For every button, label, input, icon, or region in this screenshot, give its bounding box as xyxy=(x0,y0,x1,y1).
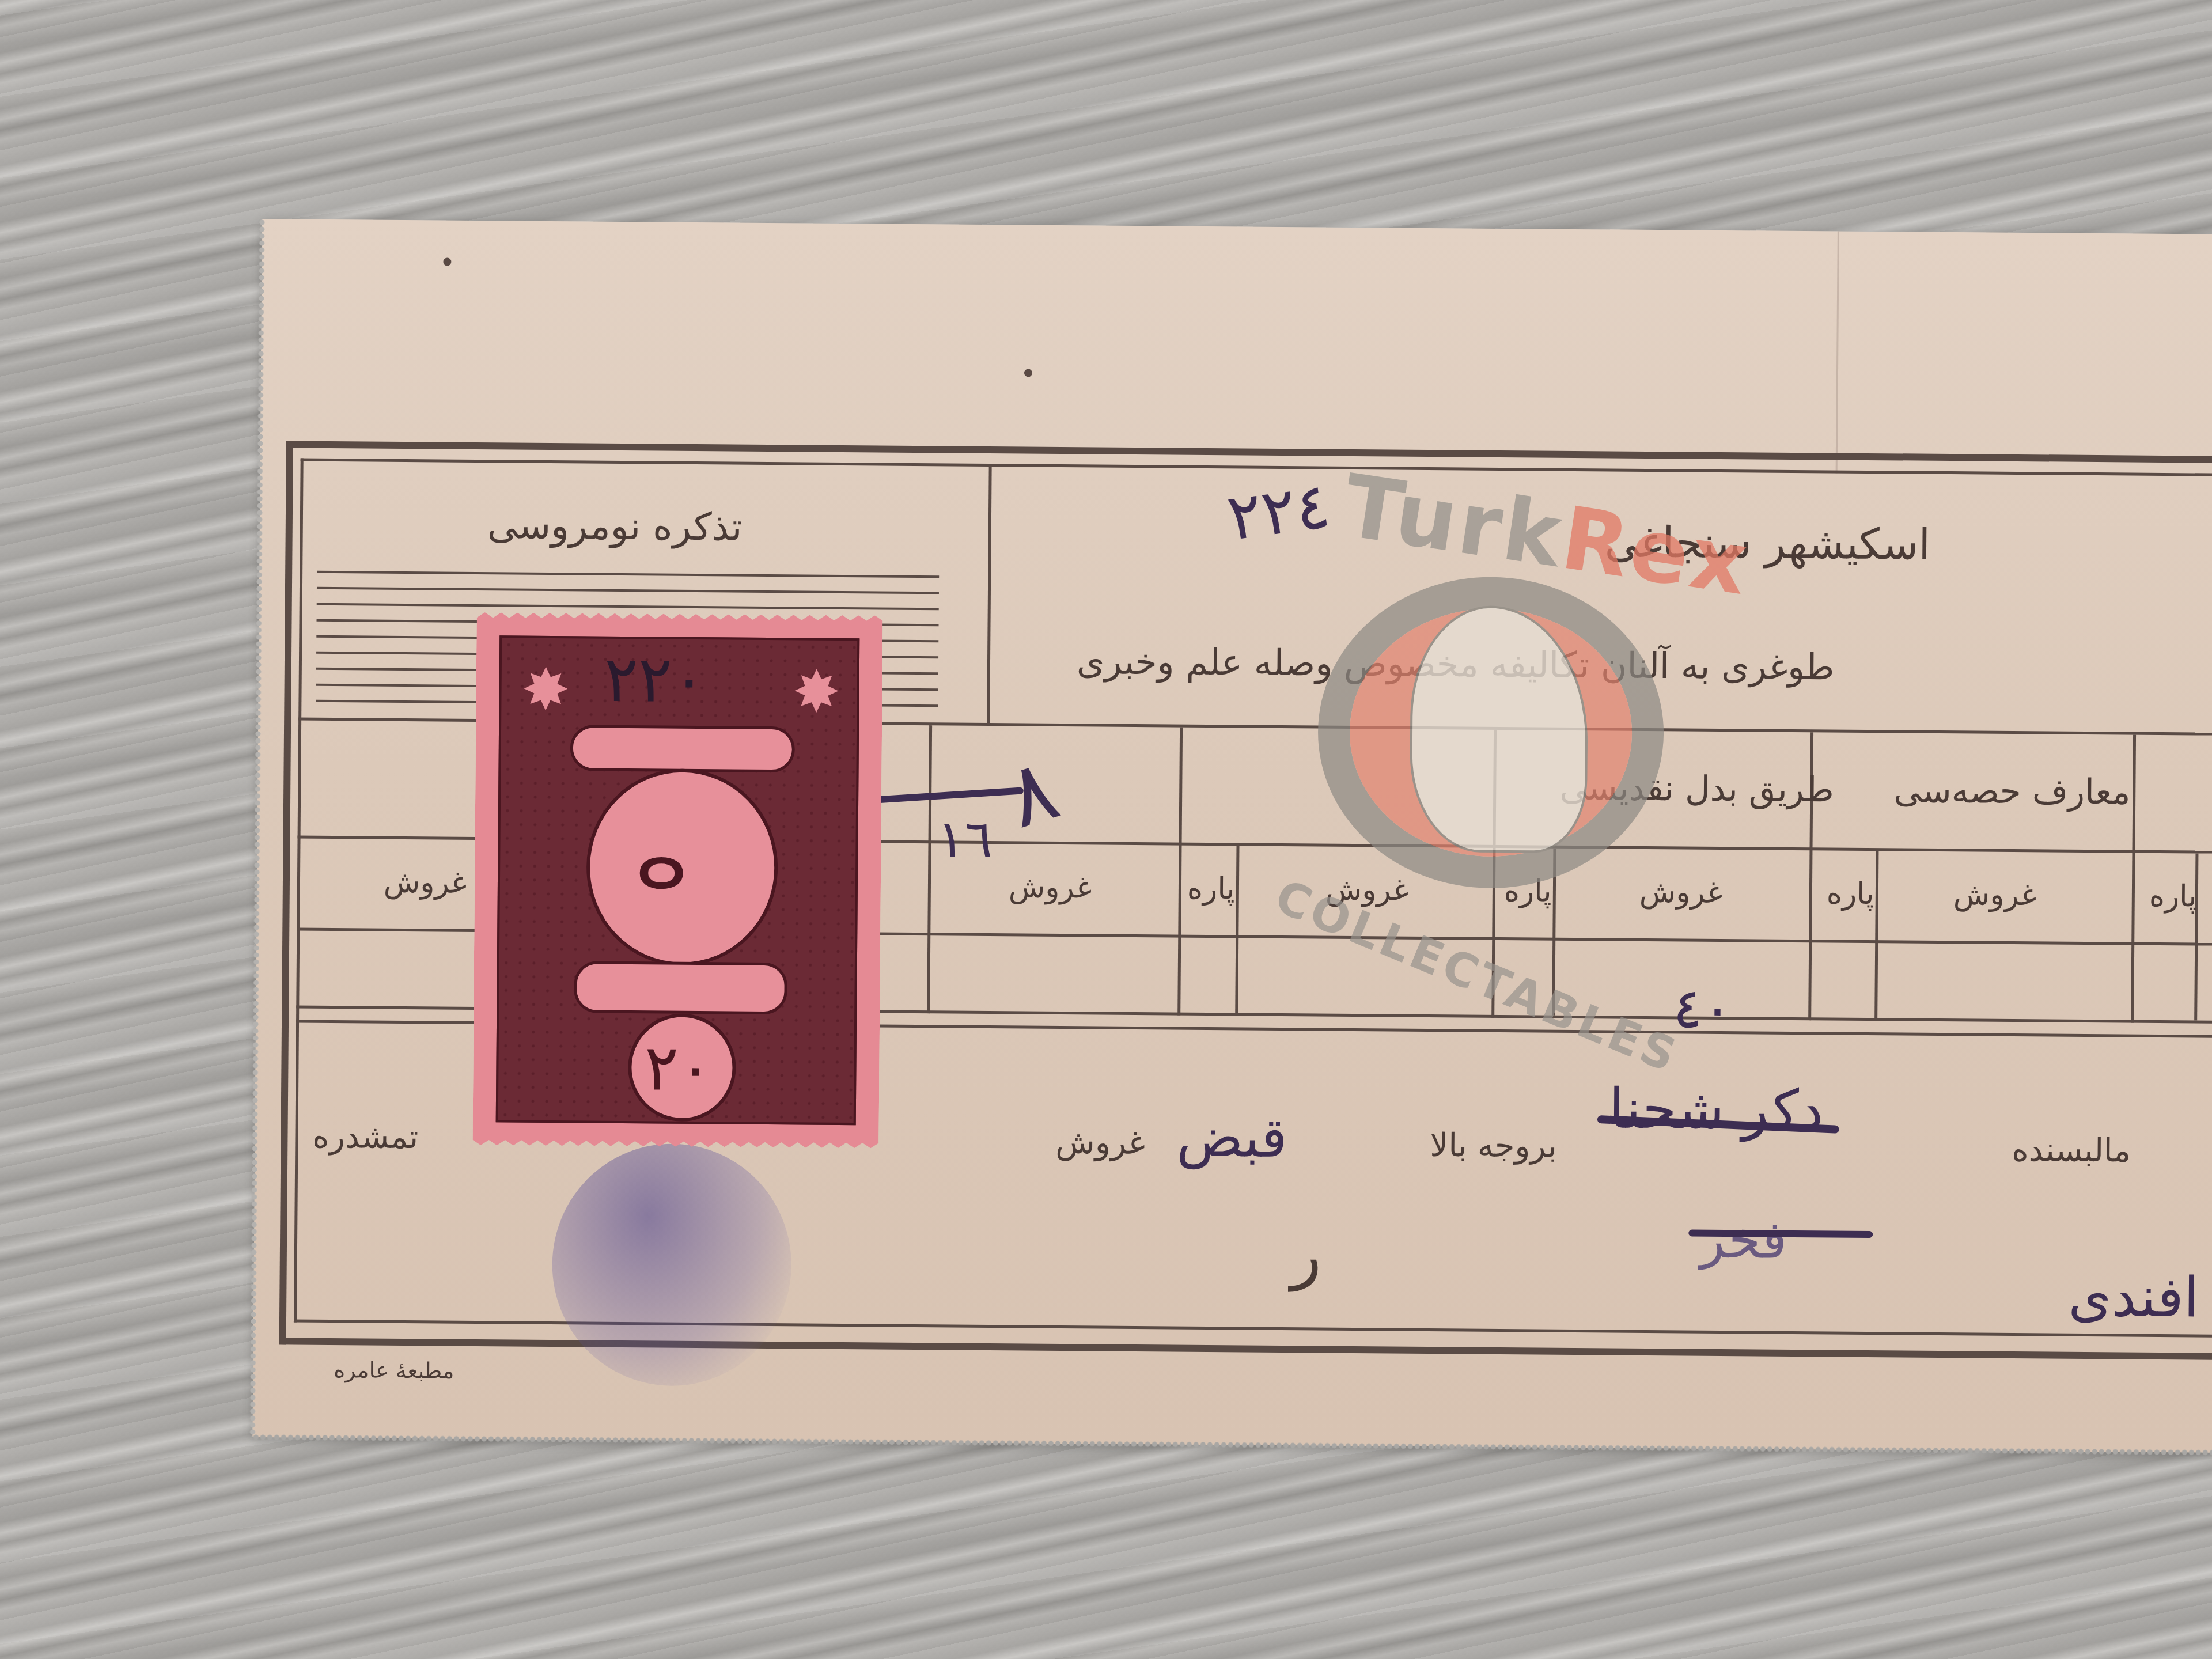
subheader-para: پاره xyxy=(1827,876,1874,911)
subheader-para: پاره xyxy=(1187,872,1235,907)
star-ornament-icon: ✸ xyxy=(521,661,570,719)
amount-tarik-bedel-kurus: ٤٠ xyxy=(1673,976,1733,1041)
ink-spot xyxy=(1024,369,1032,377)
handwritten-bottom-name: افندى xyxy=(2068,1264,2199,1330)
subheader-kurus: غروش xyxy=(1953,877,2037,912)
subheader-kurus: غروش xyxy=(384,865,467,900)
column-header-maarif: معارف حصه‌سى xyxy=(1893,770,2131,812)
handwritten-struck-name: دكر شحنا xyxy=(1609,1076,1824,1142)
stamp-banner-top xyxy=(570,725,795,772)
stamp-banner-bottom xyxy=(574,961,787,1014)
handwritten-mark: ر xyxy=(1290,1218,1321,1291)
document-paper: تذكره نومروسى اسكيشهر سنجاغى طوغرى به آل… xyxy=(252,219,2212,1453)
handwritten-kabz: قبض xyxy=(1176,1105,1287,1171)
watermark-brand-part1: Turk xyxy=(1338,456,1570,587)
turkrex-watermark: TurkRex COLLECTABLES xyxy=(1287,472,1689,982)
body-text-kurus: غروش xyxy=(1055,1124,1145,1162)
ink-seal xyxy=(551,1143,792,1387)
printer-imprint: مطبعۀ عامره xyxy=(334,1357,454,1384)
body-text-malbesende: مالبسنده xyxy=(2012,1131,2131,1170)
subheader-kurus: غروش xyxy=(1009,870,1092,905)
body-text-left-fragment: تمشدره xyxy=(312,1118,418,1156)
stamp-value: ٢٠ xyxy=(628,1031,729,1105)
strike-through-line-2 xyxy=(1688,1230,1873,1238)
subheader-para: پاره xyxy=(2149,879,2197,914)
star-ornament-icon: ✸ xyxy=(792,663,841,721)
tezkere-number-label: تذكره نومروسى xyxy=(487,503,743,549)
handwritten-signature-faint: فخر xyxy=(1700,1210,1787,1271)
ink-spot xyxy=(443,257,451,266)
stamp-cancel-handwriting: ٢٢٠ xyxy=(604,642,706,717)
body-text-berveche-bala: بروجه بالا xyxy=(1430,1127,1557,1165)
handwritten-side-number-small: ١٦ xyxy=(937,809,993,870)
tughra-icon: ⴰ xyxy=(621,812,702,910)
paper-fold-line xyxy=(1836,231,1839,473)
